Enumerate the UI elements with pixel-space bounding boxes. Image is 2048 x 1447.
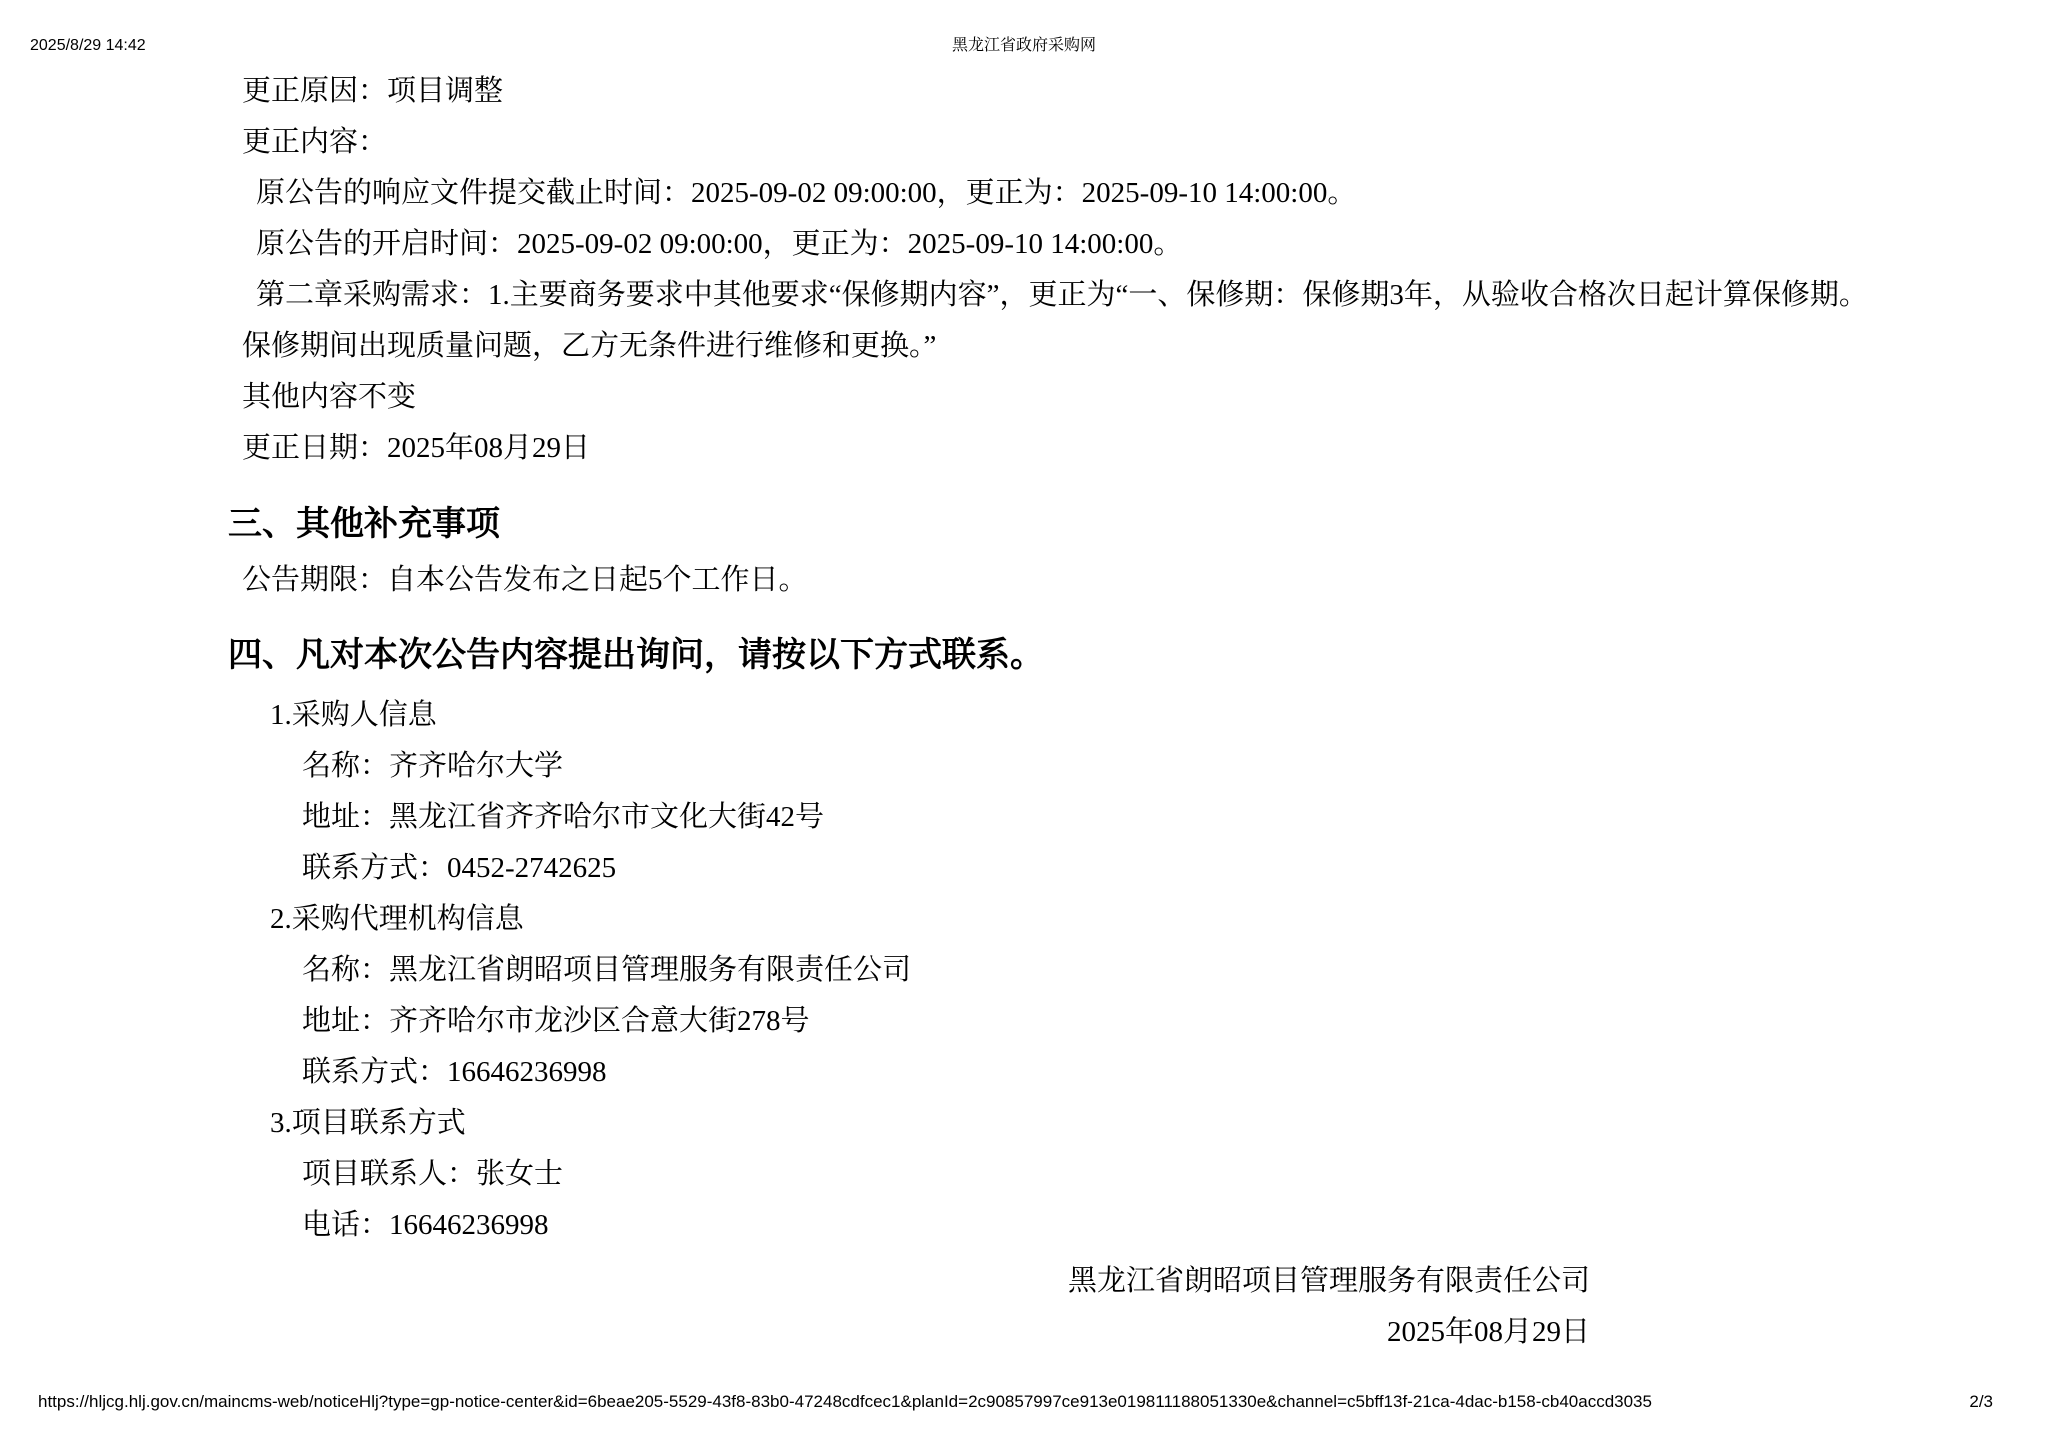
- correction-item-deadline: 原公告的响应文件提交截止时间：2025-09-02 09:00:00，更正为：2…: [0, 168, 2048, 219]
- correction-date: 更正日期：2025年08月29日: [0, 423, 2048, 474]
- correction-item-requirement-line1: 第二章采购需求：1.主要商务要求中其他要求“保修期内容”，更正为“一、保修期：保…: [0, 270, 2048, 321]
- print-preview-page: 2025/8/29 14:42 黑龙江省政府采购网 更正原因：项目调整 更正内容…: [0, 0, 2048, 1447]
- signature-block: 黑龙江省朗昭项目管理服务有限责任公司 2025年08月29日: [0, 1256, 2048, 1358]
- site-title: 黑龙江省政府采购网: [952, 36, 1096, 56]
- agency-phone: 联系方式：16646236998: [0, 1047, 2048, 1098]
- correction-content-label: 更正内容：: [0, 117, 2048, 168]
- project-contact-title: 3.项目联系方式: [0, 1098, 2048, 1149]
- footer-url: https://hljcg.hlj.gov.cn/maincms-web/not…: [38, 1390, 1652, 1414]
- purchaser-address: 地址：黑龙江省齐齐哈尔市文化大街42号: [0, 792, 2048, 843]
- purchaser-info-title: 1.采购人信息: [0, 690, 2048, 741]
- correction-item-open-time: 原公告的开启时间：2025-09-02 09:00:00，更正为：2025-09…: [0, 219, 2048, 270]
- agency-info-title: 2.采购代理机构信息: [0, 894, 2048, 945]
- print-datetime: 2025/8/29 14:42: [30, 36, 146, 56]
- section-heading-contact: 四、凡对本次公告内容提出询问，请按以下方式联系。: [0, 628, 2048, 684]
- print-footer: https://hljcg.hlj.gov.cn/maincms-web/not…: [38, 1390, 1993, 1416]
- correction-reason: 更正原因：项目调整: [0, 66, 2048, 117]
- others-unchanged-note: 其他内容不变: [0, 372, 2048, 423]
- correction-item-requirement-line2: 保修期间出现质量问题，乙方无条件进行维修和更换。”: [0, 321, 2048, 372]
- section-heading-supplement: 三、其他补充事项: [0, 497, 2048, 553]
- project-contact-phone: 电话：16646236998: [0, 1200, 2048, 1251]
- project-contact-person: 项目联系人：张女士: [0, 1149, 2048, 1200]
- purchaser-phone: 联系方式：0452-2742625: [0, 843, 2048, 894]
- purchaser-name: 名称：齐齐哈尔大学: [0, 741, 2048, 792]
- notice-document: 更正原因：项目调整 更正内容： 原公告的响应文件提交截止时间：2025-09-0…: [0, 66, 2048, 1358]
- announcement-period: 公告期限：自本公告发布之日起5个工作日。: [0, 555, 2048, 606]
- agency-name: 名称：黑龙江省朗昭项目管理服务有限责任公司: [0, 945, 2048, 996]
- print-header: 2025/8/29 14:42 黑龙江省政府采购网: [30, 36, 2018, 58]
- signature-date: 2025年08月29日: [0, 1307, 2048, 1358]
- page-indicator: 2/3: [1969, 1390, 1993, 1414]
- agency-address: 地址：齐齐哈尔市龙沙区合意大街278号: [0, 996, 2048, 1047]
- signature-company: 黑龙江省朗昭项目管理服务有限责任公司: [0, 1256, 2048, 1307]
